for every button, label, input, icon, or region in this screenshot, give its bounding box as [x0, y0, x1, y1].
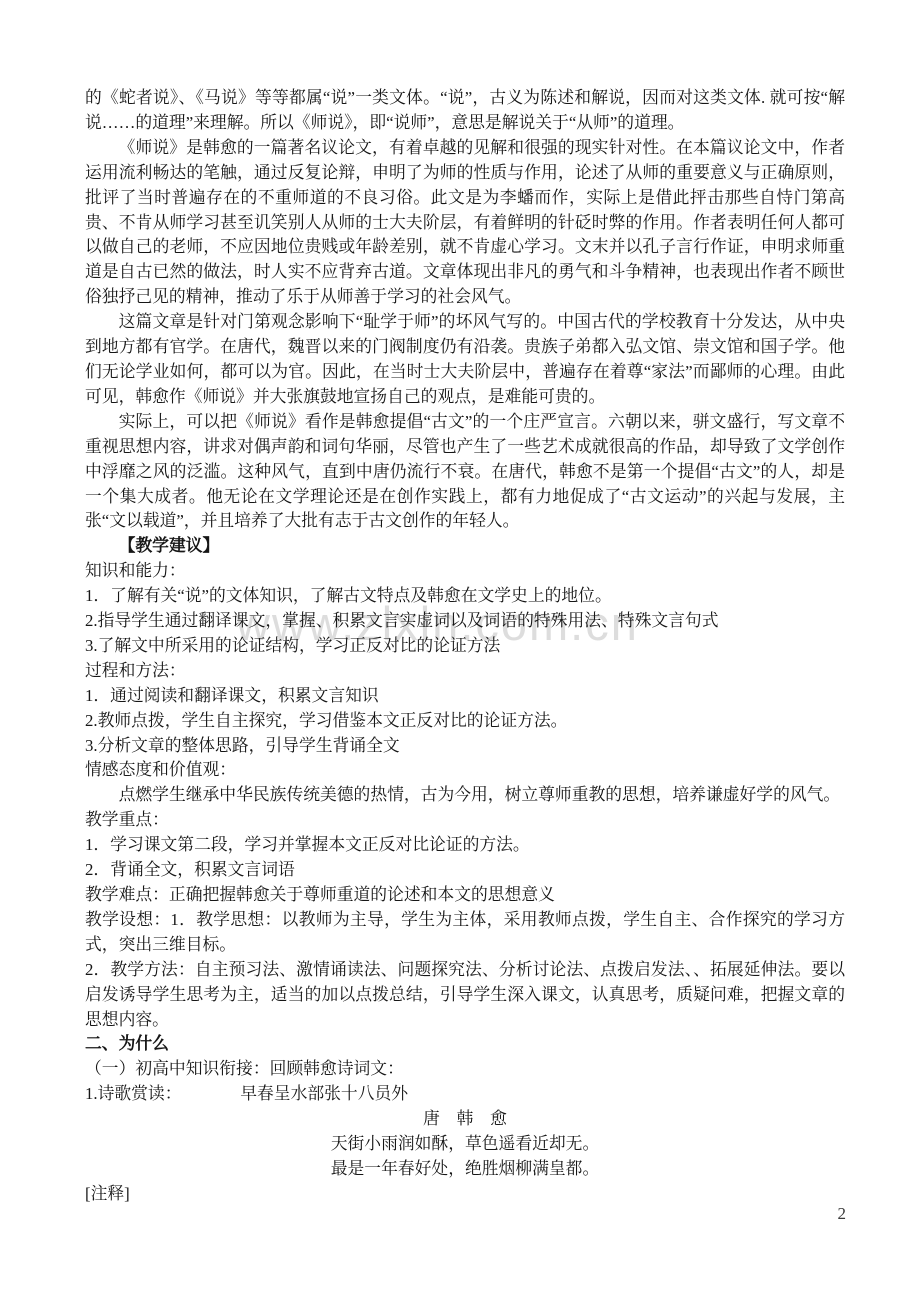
- paragraph: 知识和能力：: [85, 559, 845, 584]
- document-body: 的《蛇者说》、《马说》等等都属“说”一类文体。“说”，古义为陈述和解说，因而对这…: [85, 86, 845, 1207]
- paragraph: 【教学建议】: [85, 534, 845, 559]
- paragraph: 教学难点：正确把握韩愈关于尊师重道的论述和本文的思想意义: [85, 883, 845, 908]
- paragraph: 2.教师点拨，学生自主探究，学习借鉴本文正反对比的论证方法。: [85, 709, 845, 734]
- paragraph: 实际上，可以把《师说》看作是韩愈提倡“古文”的一个庄严宣言。六朝以来，骈文盛行，…: [85, 410, 845, 535]
- paragraph: 2．教学方法：自主预习法、激情诵读法、问题探究法、分析讨论法、点拨启发法、、拓展…: [85, 958, 845, 1033]
- paragraph: 2．背诵全文，积累文言词语: [85, 858, 845, 883]
- paragraph: 教学设想：1．教学思想：以教师为主导，学生为主体，采用教师点拨，学生自主、合作探…: [85, 908, 845, 958]
- paragraph: 1.诗歌赏读： 早春呈水部张十八员外: [85, 1082, 845, 1107]
- paragraph: （一）初高中知识衔接：回顾韩愈诗词文：: [85, 1057, 845, 1082]
- paragraph: 这篇文章是针对门第观念影响下“耻学于师”的坏风气写的。中国古代的学校教育十分发达…: [85, 310, 845, 410]
- document-page: www.zlxln.com.cn 的《蛇者说》、《马说》等等都属“说”一类文体。…: [0, 0, 920, 1302]
- paragraph: 教学重点：: [85, 808, 845, 833]
- paragraph: 最是一年春好处，绝胜烟柳满皇都。: [85, 1157, 845, 1182]
- paragraph: 1．学习课文第二段，学习并掌握本文正反对比论证的方法。: [85, 833, 845, 858]
- paragraph: 1．了解有关“说”的文体知识，了解古文特点及韩愈在文学史上的地位。: [85, 584, 845, 609]
- paragraph: 唐 韩 愈: [85, 1107, 845, 1132]
- paragraph: 《师说》是韩愈的一篇著名议论文，有着卓越的见解和很强的现实针对性。在本篇议论文中…: [85, 136, 845, 310]
- paragraph: 二、为什么: [85, 1032, 845, 1057]
- page-number: 2: [838, 1204, 847, 1224]
- paragraph: 天街小雨润如酥，草色遥看近却无。: [85, 1132, 845, 1157]
- paragraph: 的《蛇者说》、《马说》等等都属“说”一类文体。“说”，古义为陈述和解说，因而对这…: [85, 86, 845, 136]
- paragraph: 3.分析文章的整体思路，引导学生背诵全文: [85, 734, 845, 759]
- paragraph: 2.指导学生通过翻译课文，掌握、积累文言实虚词以及词语的特殊用法、特殊文言句式: [85, 609, 845, 634]
- paragraph: 过程和方法：: [85, 659, 845, 684]
- paragraph: [注释]: [85, 1182, 845, 1207]
- paragraph: 3.了解文中所采用的论证结构，学习正反对比的论证方法: [85, 634, 845, 659]
- paragraph: 1．通过阅读和翻译课文，积累文言知识: [85, 684, 845, 709]
- paragraph: 情感态度和价值观：: [85, 758, 845, 783]
- paragraph: 点燃学生继承中华民族传统美德的热情，古为今用，树立尊师重教的思想，培养谦虚好学的…: [85, 783, 845, 808]
